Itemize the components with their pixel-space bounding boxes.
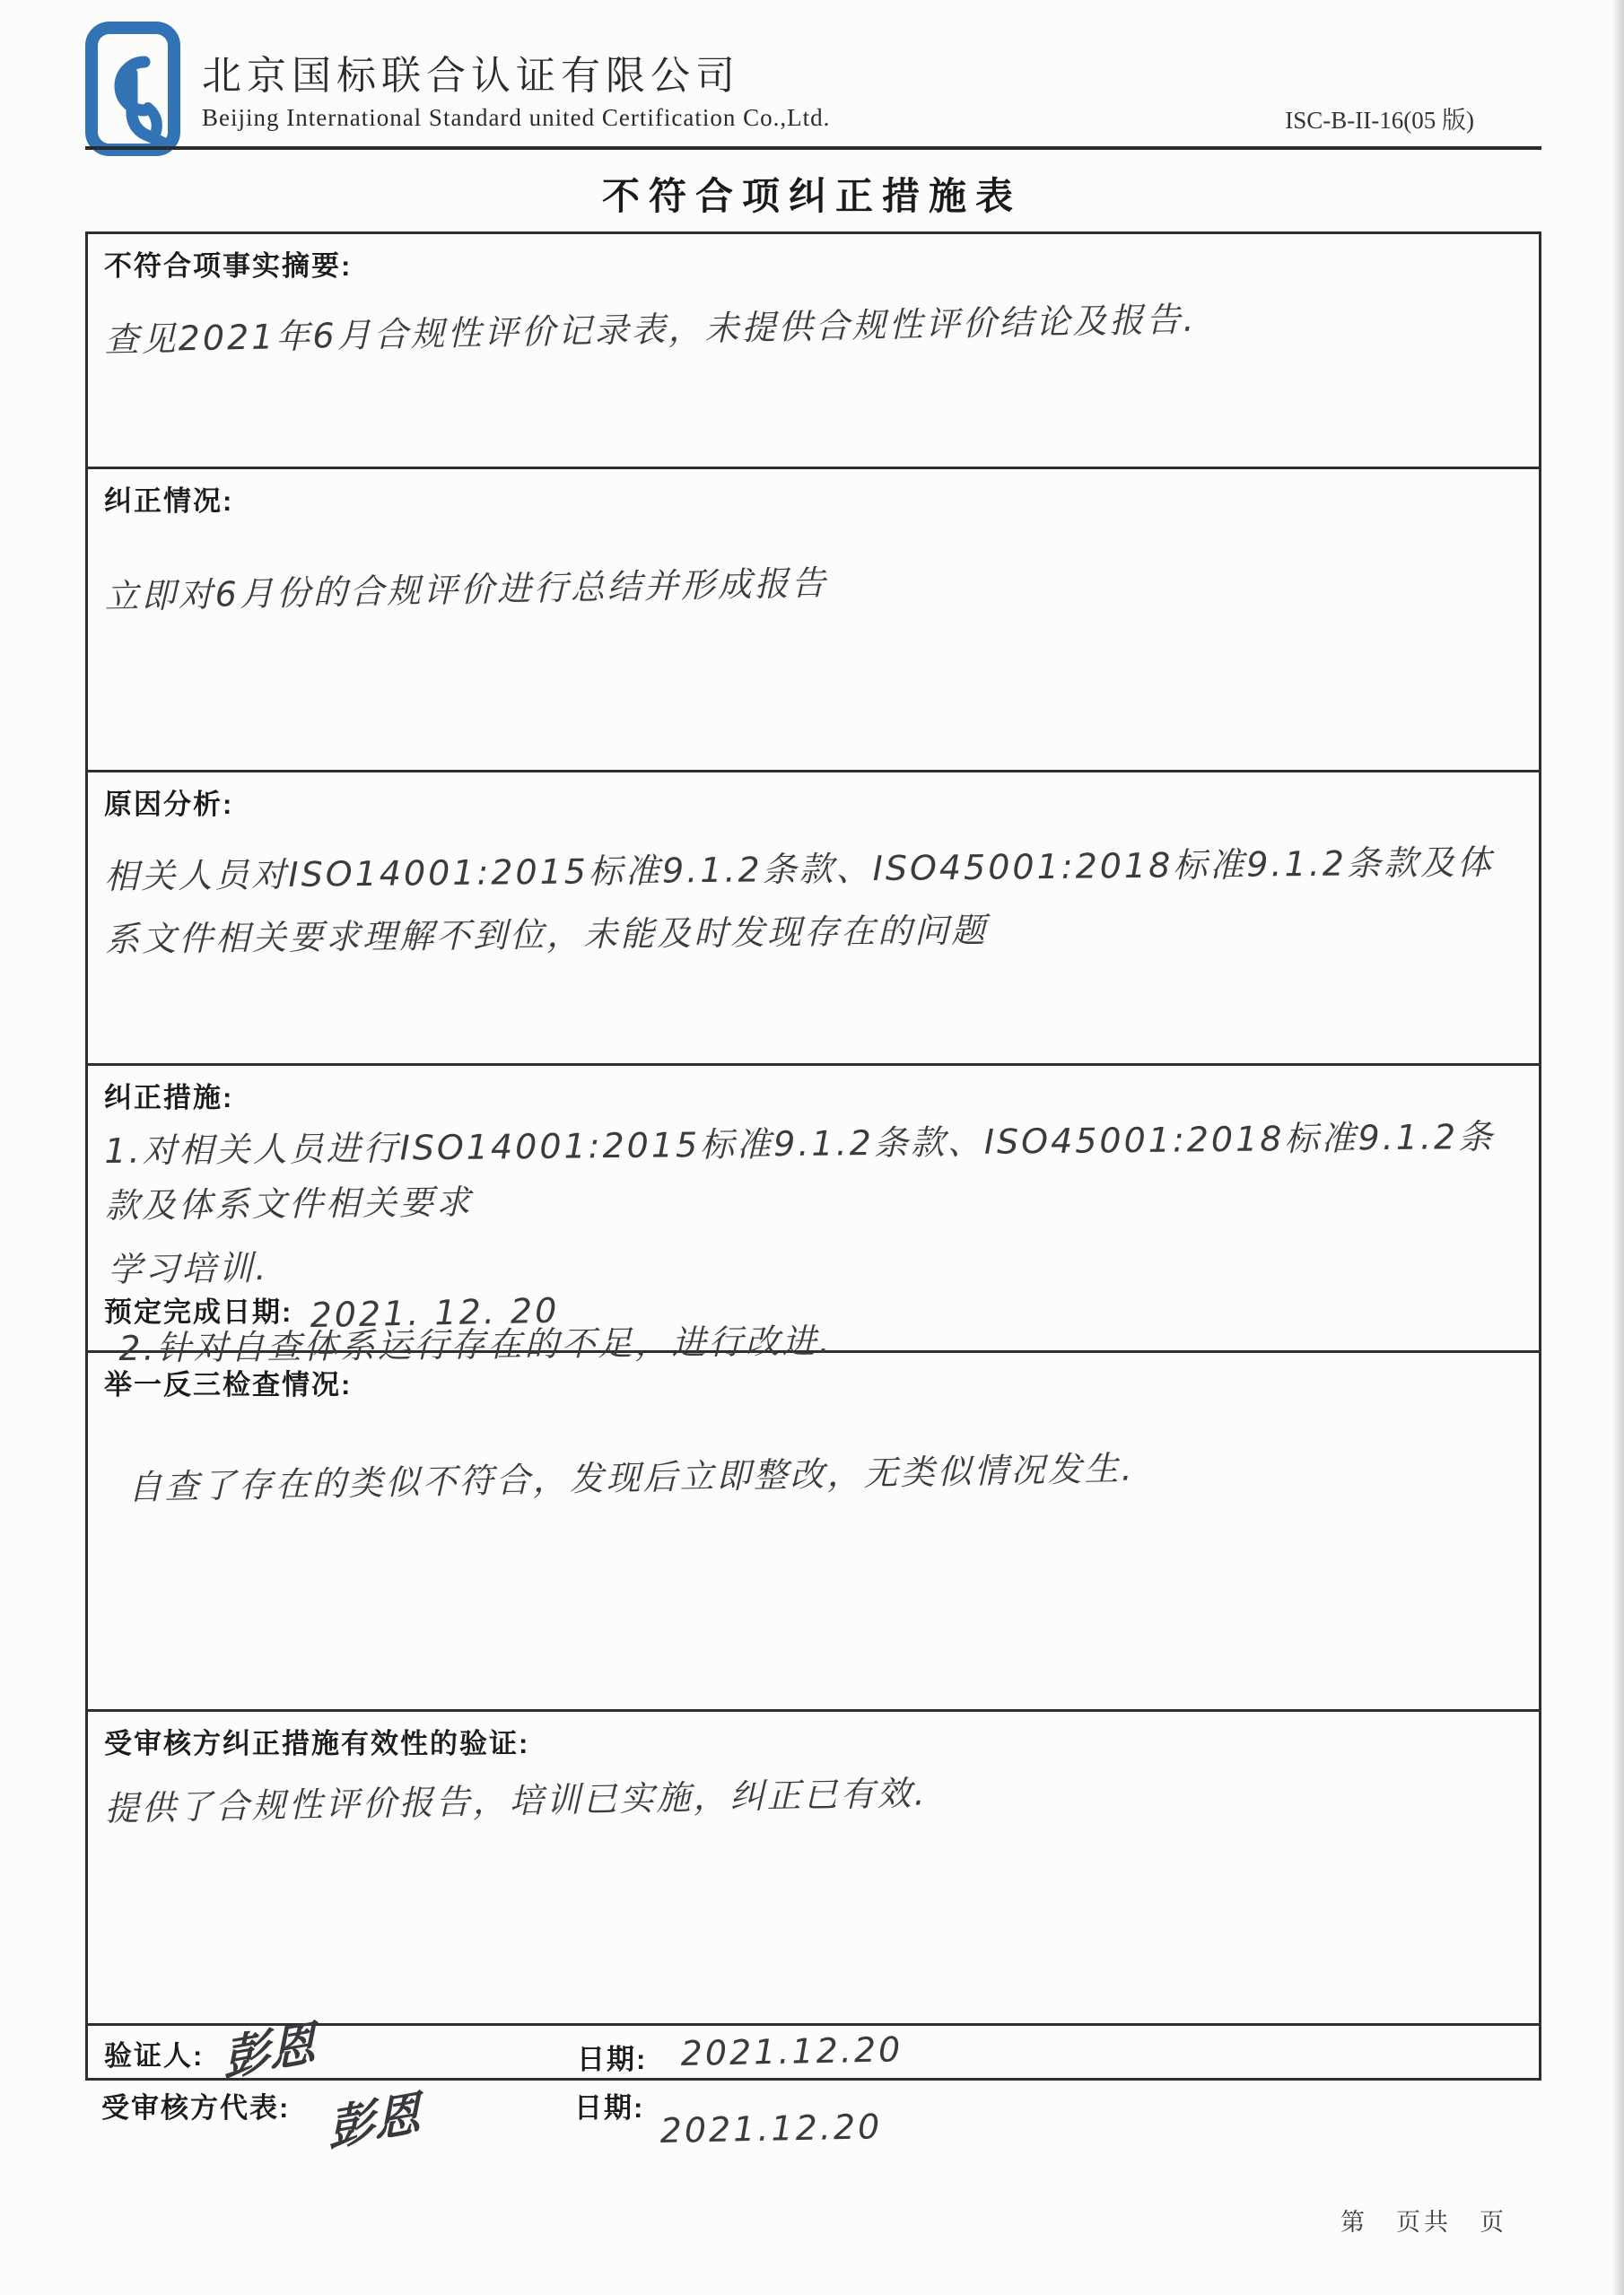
page-number-footer: 第 页共 页 — [1340, 2203, 1507, 2238]
section-inference-check: 举一反三检查情况: 自查了存在的类似不符合，发现后立即整改，无类似情况发生. — [88, 1353, 1539, 1712]
section-label: 纠正措施: — [104, 1075, 1523, 1115]
due-date-row: 预定完成日期: 2021. 12. 20 — [104, 1279, 559, 1343]
handwritten-cause: 相关人员对ISO14001:2015标准9.1.2条款、ISO45001:201… — [104, 831, 1505, 972]
section-label: 不符合项事实摘要: — [104, 243, 1523, 284]
verifier-date-label: 日期: — [577, 2037, 647, 2077]
section-label: 举一反三检查情况: — [104, 1362, 1523, 1402]
verifier-label: 验证人: — [104, 2040, 204, 2072]
section-verifier-signature: 验证人: 彭恩 日期: 2021.12.20 — [88, 2026, 1539, 2078]
handwritten-action-1: 1.对相关人员进行ISO14001:2015标准9.1.2条款、ISO45001… — [104, 1109, 1524, 1233]
auditee-signature: 彭恩 — [327, 2075, 421, 2160]
handwritten-inference: 自查了存在的类似不符合，发现后立即整改，无类似情况发生. — [127, 1429, 1524, 1519]
handwritten-summary: 查见2021年6月合规性评价记录表，未提供合规性评价结论及报告. — [104, 282, 1524, 372]
company-logo-icon — [85, 22, 180, 156]
form-code: ISC-B-II-16(05 版) — [1285, 100, 1474, 135]
section-corrective-actions: 纠正措施: 1.对相关人员进行ISO14001:2015标准9.1.2条款、IS… — [88, 1066, 1539, 1353]
page-title: 不符合项纠正措施表 — [0, 167, 1624, 221]
handwritten-due-date: 2021. 12. 20 — [310, 1284, 560, 1343]
section-nonconformity-summary: 不符合项事实摘要: 查见2021年6月合规性评价记录表，未提供合规性评价结论及报… — [88, 234, 1539, 469]
form-table: 不符合项事实摘要: 查见2021年6月合规性评价记录表，未提供合规性评价结论及报… — [85, 231, 1541, 2081]
header: 北京国标联合认证有限公司 Beijing International Stand… — [85, 18, 1541, 144]
section-effectiveness-verification: 受审核方纠正措施有效性的验证: 提供了合规性评价报告，培训已实施，纠正已有效. — [88, 1712, 1539, 2026]
auditee-date-label: 日期: — [574, 2085, 644, 2125]
auditee-label: 受审核方代表: — [101, 2085, 290, 2125]
handwritten-verifier-date: 2021.12.20 — [680, 2018, 904, 2085]
section-auditee-signature: 受审核方代表: 彭恩 日期: 2021.12.20 — [85, 2080, 1541, 2160]
header-divider — [85, 146, 1541, 150]
handwritten-auditee-date: 2021.12.20 — [659, 2095, 883, 2162]
due-date-label: 预定完成日期: — [104, 1296, 292, 1328]
scanned-form-page: 北京国标联合认证有限公司 Beijing International Stand… — [0, 0, 1624, 2295]
section-correction-status: 纠正情况: 立即对6月份的合规评价进行总结并形成报告 — [88, 469, 1539, 772]
handwritten-correction: 立即对6月份的合规评价进行总结并形成报告 — [104, 538, 1524, 629]
company-name-en: Beijing International Standard united Ce… — [202, 104, 830, 132]
company-name-cn: 北京国标联合认证有限公司 — [202, 43, 740, 100]
section-label: 纠正情况: — [104, 478, 1523, 519]
section-cause-analysis: 原因分析: 相关人员对ISO14001:2015标准9.1.2条款、ISO450… — [88, 772, 1539, 1066]
section-label: 原因分析: — [104, 781, 1523, 822]
handwritten-verification: 提供了合规性评价报告，培训已实施，纠正已有效. — [104, 1750, 1524, 1841]
